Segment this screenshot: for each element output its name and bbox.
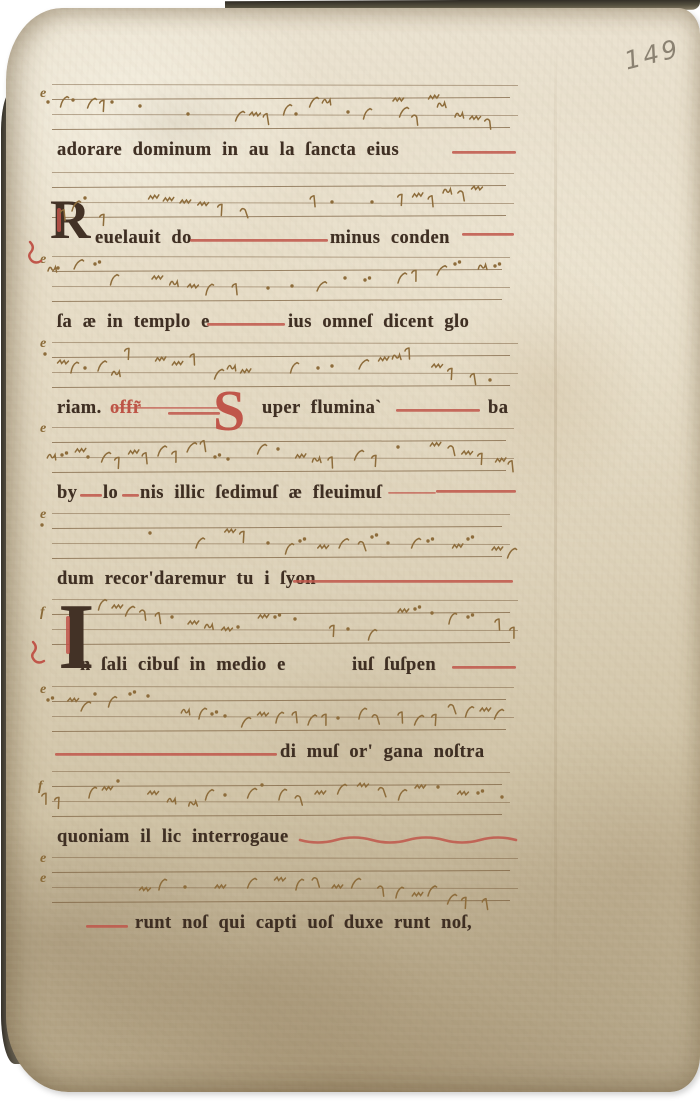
neume-mark bbox=[218, 453, 221, 456]
neume-mark bbox=[242, 717, 251, 727]
neume-mark bbox=[110, 100, 113, 103]
neume-mark bbox=[498, 262, 501, 265]
staff-line bbox=[52, 814, 502, 817]
neume-mark bbox=[465, 707, 474, 717]
red-filler-line bbox=[293, 580, 513, 583]
neume-mark bbox=[148, 791, 159, 795]
neume-mark bbox=[98, 361, 107, 371]
neume-mark bbox=[248, 788, 257, 798]
clef-letter: e bbox=[40, 421, 46, 437]
manuscript-content: 149 eadorare dominum in au la ſancta eiu… bbox=[0, 0, 700, 1120]
neume-mark bbox=[290, 363, 299, 373]
chant-text-segment: di muſ or' gana noſtra bbox=[280, 742, 485, 764]
neume-mark bbox=[318, 545, 329, 549]
neume-mark bbox=[359, 359, 369, 370]
neume-mark bbox=[430, 442, 441, 446]
staff-line bbox=[52, 470, 506, 473]
neume-mark bbox=[492, 547, 503, 550]
neume-mark bbox=[346, 110, 349, 113]
neume-mark bbox=[363, 278, 366, 281]
neume-mark bbox=[457, 191, 464, 201]
staff-line bbox=[52, 729, 506, 732]
staff-line bbox=[52, 599, 518, 601]
staff-line bbox=[52, 857, 518, 859]
neume-mark bbox=[295, 796, 302, 806]
neume-mark bbox=[83, 366, 86, 369]
neume-mark bbox=[396, 445, 399, 448]
neume-mark bbox=[128, 450, 139, 454]
red-filler-line bbox=[190, 239, 328, 242]
red-filler-line bbox=[86, 925, 128, 928]
neume-mark bbox=[330, 364, 333, 367]
neume-mark bbox=[276, 447, 279, 450]
neume-mark bbox=[448, 446, 455, 456]
neume-mark bbox=[481, 789, 484, 792]
neume-mark bbox=[139, 610, 147, 620]
neume-mark bbox=[75, 448, 86, 452]
chant-text-segment: dum recor'daremur tu i ſyon bbox=[57, 569, 316, 591]
neume-mark bbox=[303, 537, 306, 540]
neume-mark bbox=[163, 197, 174, 201]
neume-mark bbox=[128, 692, 131, 695]
initial-letter-R: R bbox=[50, 194, 90, 246]
staff-line bbox=[52, 185, 506, 188]
staff-line bbox=[52, 629, 518, 631]
neume-mark bbox=[448, 613, 458, 624]
neume-mark bbox=[146, 694, 149, 697]
neume-mark bbox=[432, 364, 443, 368]
red-strike-line bbox=[388, 492, 436, 494]
neume-mark bbox=[278, 789, 288, 800]
neume-mark bbox=[239, 531, 245, 542]
neume-mark bbox=[93, 692, 96, 695]
neume-mark bbox=[99, 100, 105, 111]
neume-mark bbox=[378, 787, 386, 797]
red-filler-line bbox=[462, 233, 514, 236]
neume-mark bbox=[457, 791, 468, 795]
clef-letter: e bbox=[40, 871, 46, 887]
staff-line bbox=[52, 801, 510, 803]
clef-letter: e bbox=[40, 86, 46, 102]
chant-text-segment: adorare dominum in au la ſancta eius bbox=[57, 140, 399, 162]
clef-letter: f bbox=[38, 779, 43, 795]
neume-mark bbox=[187, 442, 197, 453]
neume-mark bbox=[437, 103, 446, 108]
neume-mark bbox=[133, 690, 136, 693]
clef-letter: e bbox=[40, 336, 46, 352]
chant-text-segment: nis illic ſedimuſ æ fleuimuſ bbox=[140, 483, 382, 505]
staff-line bbox=[52, 556, 502, 559]
neume-mark bbox=[500, 795, 503, 798]
neume-mark bbox=[443, 189, 452, 194]
staff-line bbox=[52, 202, 514, 204]
chant-text-segment: by bbox=[57, 483, 77, 505]
neume-mark bbox=[411, 115, 419, 125]
neume-overlay-svg bbox=[0, 0, 700, 1120]
neume-mark bbox=[493, 264, 496, 267]
neume-mark bbox=[411, 270, 416, 281]
neume-mark bbox=[236, 111, 245, 121]
neume-mark bbox=[110, 275, 119, 285]
chant-text-segment: quoniam il lic interrogaue bbox=[57, 827, 289, 849]
neume-mark bbox=[152, 276, 163, 279]
neume-mark bbox=[310, 196, 315, 207]
neume-mark bbox=[98, 260, 101, 263]
chant-text-segment: riam. bbox=[57, 398, 102, 420]
neume-mark bbox=[398, 790, 407, 800]
staff-line bbox=[52, 699, 506, 702]
neume-mark bbox=[431, 537, 434, 540]
neume-mark bbox=[46, 100, 49, 103]
neume-mark bbox=[315, 791, 326, 794]
neume-mark bbox=[466, 537, 469, 540]
neume-mark bbox=[57, 360, 68, 364]
neume-mark bbox=[172, 361, 183, 365]
neume-mark bbox=[285, 544, 294, 554]
neume-mark bbox=[368, 276, 371, 279]
neume-mark bbox=[56, 266, 59, 269]
red-filler-line bbox=[207, 323, 285, 326]
neume-mark bbox=[471, 186, 482, 190]
neume-mark bbox=[283, 105, 292, 115]
clef-letter: e bbox=[40, 851, 46, 867]
neume-mark bbox=[40, 523, 43, 526]
neume-mark bbox=[375, 533, 378, 536]
neume-mark bbox=[412, 892, 423, 896]
neume-mark bbox=[448, 894, 457, 904]
staff-line bbox=[52, 440, 506, 443]
chant-text-segment: minus conden bbox=[330, 228, 450, 250]
chant-text-segment: lo bbox=[103, 483, 118, 505]
neume-mark bbox=[413, 607, 416, 610]
staff-line bbox=[52, 686, 514, 688]
staff-line bbox=[52, 84, 518, 86]
red-filler-line bbox=[396, 409, 480, 412]
neume-mark bbox=[488, 378, 491, 381]
manuscript-photo: 149 eadorare dominum in au la ſancta eiu… bbox=[0, 0, 700, 1120]
staff-line bbox=[52, 372, 518, 374]
neume-mark bbox=[508, 548, 517, 558]
staff-line bbox=[52, 342, 518, 344]
neume-mark bbox=[210, 712, 213, 715]
staff-line bbox=[52, 114, 518, 116]
neume-mark bbox=[170, 615, 173, 618]
neume-mark bbox=[480, 708, 491, 711]
neume-mark bbox=[378, 357, 389, 361]
staff-line bbox=[52, 784, 502, 787]
neume-mark bbox=[112, 605, 123, 608]
neume-mark bbox=[223, 793, 226, 796]
neume-mark bbox=[116, 779, 119, 782]
neume-mark bbox=[158, 446, 167, 456]
neume-mark bbox=[471, 535, 474, 538]
neume-mark bbox=[205, 790, 214, 800]
neume-mark bbox=[466, 615, 469, 618]
chant-text-segment: ius omneſ dicent glo bbox=[288, 312, 469, 334]
neume-mark bbox=[426, 539, 429, 542]
neume-mark bbox=[428, 196, 433, 207]
neume-mark bbox=[509, 627, 514, 638]
neume-mark bbox=[312, 878, 319, 888]
chant-text-segment: iuſ ſuſpen bbox=[352, 655, 436, 677]
rubric-text: offr̃ bbox=[110, 398, 141, 420]
initial-letter-I: I bbox=[58, 594, 95, 680]
red-filler-line bbox=[436, 490, 516, 493]
neume-mark bbox=[148, 195, 159, 199]
red-filler-line bbox=[122, 494, 139, 497]
chant-text-segment: n ſali cibuſ in medio e bbox=[80, 655, 286, 677]
neume-mark bbox=[322, 99, 331, 105]
initial-letter-S: S bbox=[213, 384, 245, 437]
neume-mark bbox=[471, 613, 474, 616]
page-number: 149 bbox=[621, 34, 683, 76]
initial-red-accent bbox=[57, 208, 61, 232]
neume-mark bbox=[508, 461, 513, 472]
neume-mark bbox=[470, 116, 481, 120]
chant-text-segment: ba bbox=[488, 398, 508, 420]
neume-mark bbox=[51, 696, 54, 699]
neume-mark bbox=[316, 366, 319, 369]
clef-letter: f bbox=[40, 605, 45, 621]
neume-mark bbox=[138, 104, 141, 107]
staff-line bbox=[52, 642, 510, 645]
clef-letter: e bbox=[40, 252, 46, 268]
neume-mark bbox=[431, 714, 437, 725]
neume-mark bbox=[43, 352, 46, 355]
neume-mark bbox=[88, 787, 98, 798]
staff-line bbox=[52, 900, 510, 903]
neume-mark bbox=[343, 276, 346, 279]
neume-mark bbox=[370, 535, 373, 538]
neume-mark bbox=[418, 605, 421, 608]
red-filler-wavy bbox=[300, 838, 516, 843]
red-filler-line bbox=[452, 666, 516, 669]
neume-mark bbox=[274, 877, 285, 881]
staff-line bbox=[52, 612, 510, 615]
neume-mark bbox=[458, 260, 461, 263]
chant-text-segment: euelauit do bbox=[95, 228, 192, 250]
neume-mark bbox=[448, 704, 456, 714]
neume-mark bbox=[436, 785, 439, 788]
neume-mark bbox=[148, 531, 151, 534]
neume-mark bbox=[181, 709, 190, 715]
staff-line bbox=[52, 97, 510, 100]
neume-mark bbox=[65, 451, 68, 454]
neume-mark bbox=[98, 600, 107, 610]
neume-mark bbox=[114, 457, 120, 468]
neume-mark bbox=[217, 204, 223, 215]
staff-line bbox=[52, 355, 510, 358]
staff-line bbox=[52, 127, 510, 130]
staff-line bbox=[52, 526, 502, 529]
neume-mark bbox=[258, 614, 269, 618]
initial-red-accent bbox=[66, 616, 70, 654]
neume-mark bbox=[461, 897, 467, 908]
neume-mark bbox=[453, 262, 456, 265]
neume-mark bbox=[258, 444, 267, 454]
neume-mark bbox=[188, 621, 199, 624]
neume-mark bbox=[470, 374, 476, 385]
chant-text-segment: uper flumina` bbox=[262, 398, 382, 420]
neume-mark bbox=[398, 273, 407, 283]
neume-mark bbox=[405, 348, 410, 359]
staff-line bbox=[52, 269, 502, 272]
staff-line bbox=[52, 427, 514, 429]
red-filler-line bbox=[80, 494, 102, 497]
staff-line bbox=[52, 256, 510, 258]
staff-line bbox=[52, 513, 510, 515]
neume-mark bbox=[227, 365, 236, 371]
staff-line bbox=[52, 771, 510, 773]
clef-letter: e bbox=[40, 507, 46, 523]
neume-mark bbox=[368, 630, 377, 640]
neume-mark bbox=[46, 698, 49, 701]
neume-mark bbox=[293, 617, 296, 620]
neume-mark bbox=[236, 625, 239, 628]
chant-text-segment: runt noſ qui capti uoſ duxe runt noſ, bbox=[135, 913, 472, 935]
neume-mark bbox=[495, 619, 500, 630]
neume-mark bbox=[93, 262, 96, 265]
neume-mark bbox=[462, 451, 473, 455]
staff-line bbox=[52, 457, 514, 459]
neume-mark bbox=[81, 701, 91, 712]
neume-mark bbox=[476, 791, 479, 794]
staff-line bbox=[52, 172, 514, 174]
chant-text-segment: ſa æ in templo e bbox=[57, 312, 210, 334]
staff-line bbox=[52, 286, 510, 288]
neume-mark bbox=[99, 214, 105, 225]
staff-line bbox=[52, 716, 514, 718]
red-filler-line bbox=[55, 753, 277, 756]
neume-mark bbox=[412, 193, 423, 197]
staff-line bbox=[52, 299, 502, 302]
neume-mark bbox=[273, 615, 276, 618]
clef-letter: e bbox=[40, 682, 46, 698]
margin-cue-mark bbox=[32, 642, 44, 663]
neume-mark bbox=[298, 539, 301, 542]
staff-line bbox=[52, 887, 518, 889]
staff-line bbox=[52, 870, 510, 873]
staff-line bbox=[52, 215, 506, 218]
red-filler-line bbox=[452, 151, 516, 154]
neume-mark bbox=[74, 259, 84, 270]
neume-mark bbox=[225, 529, 236, 533]
neume-mark bbox=[54, 797, 60, 808]
staff-line bbox=[52, 543, 510, 545]
staff-line bbox=[52, 385, 510, 388]
neume-mark bbox=[215, 710, 218, 713]
